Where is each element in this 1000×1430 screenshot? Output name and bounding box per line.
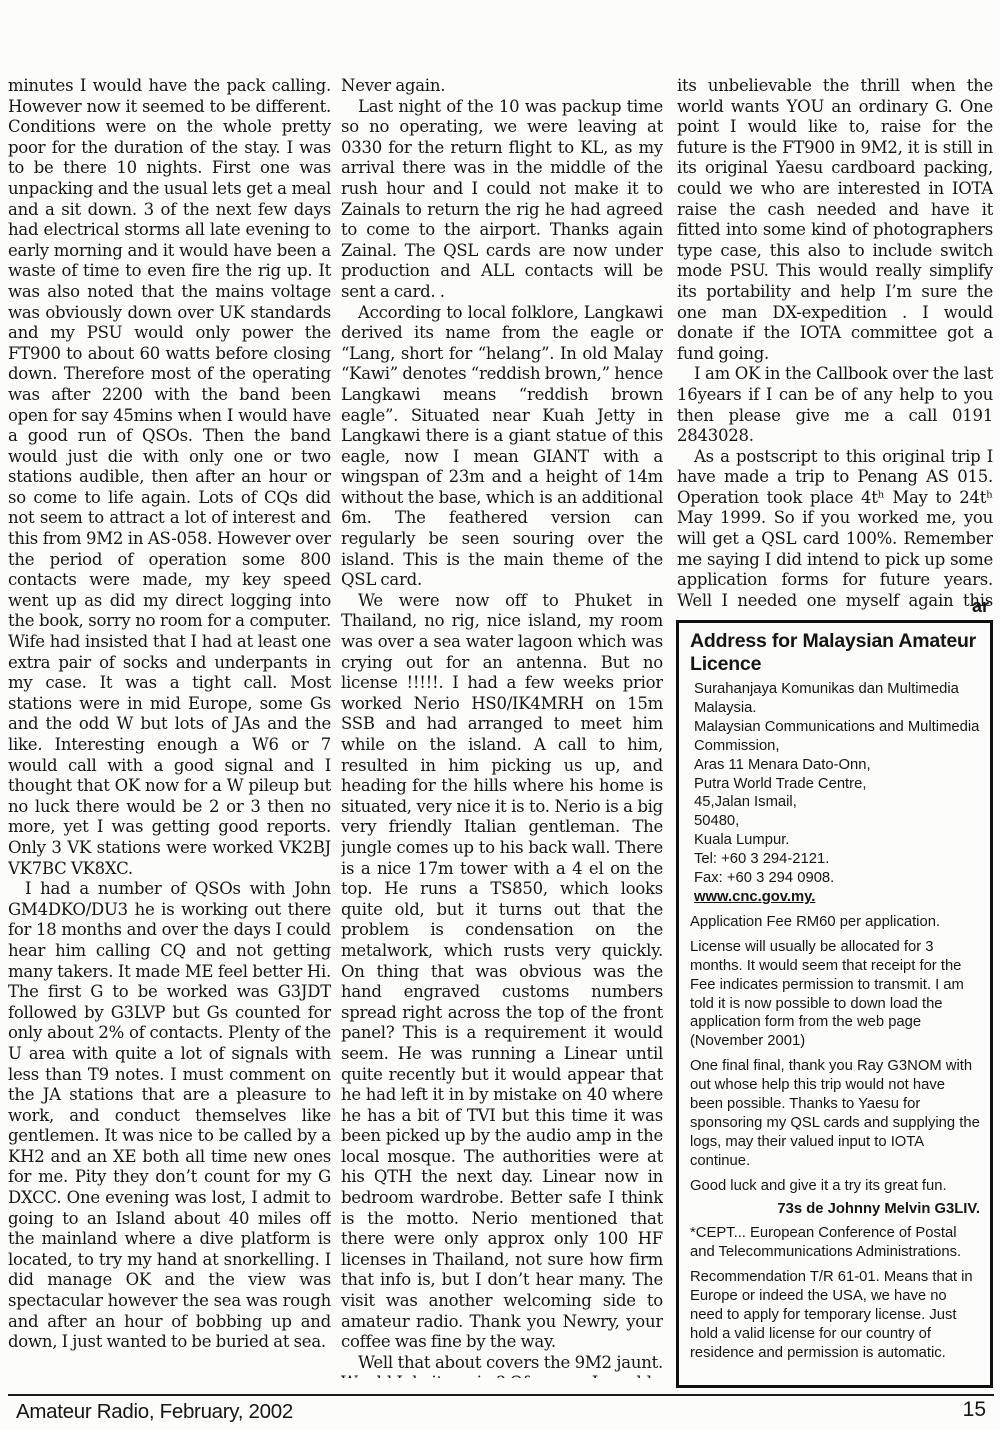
address-line: Malaysian Communications and Multimedia …	[690, 718, 980, 756]
magazine-page: minutes I would have the pack calling. H…	[0, 0, 1000, 1430]
address-line: Kuala Lumpur.	[690, 831, 980, 850]
article-column-1: minutes I would have the pack calling. H…	[8, 76, 331, 1378]
article-paragraph: We were now off to Phuket in Thailand, n…	[341, 591, 663, 1353]
author-signature: 73s de Johnny Melvin G3LIV.	[690, 1200, 980, 1219]
article-end-marker: ar	[677, 596, 989, 616]
page-number: 15	[963, 1398, 986, 1422]
article-paragraph: According to local folklore, Langkawi de…	[341, 303, 663, 591]
article-paragraph: minutes I would have the pack calling. H…	[8, 76, 331, 879]
address-line: Putra World Trade Centre,	[690, 775, 980, 794]
address-fax: Fax: +60 3 294 0908.	[690, 869, 980, 888]
address-line: 45,Jalan Ismail,	[690, 793, 980, 812]
article-paragraph: Well that about covers the 9M2 jaunt. Wo…	[341, 1353, 663, 1378]
article-paragraph: I had a number of QSOs with John GM4DKO/…	[8, 879, 331, 1353]
license-info-note: License will usually be allocated for 3 …	[690, 938, 980, 1051]
website-link: www.cnc.gov.my.	[690, 888, 980, 907]
article-paragraph: As a postscript to this original trip I …	[677, 447, 993, 612]
article-column-2: Never again. Last night of the 10 was pa…	[341, 76, 663, 1378]
recommendation-note: Recommendation T/R 61-01. Means that in …	[690, 1268, 980, 1363]
journal-title-footer: Amateur Radio, February, 2002	[16, 1400, 293, 1424]
article-column-3: its unbelievable the thrill when the wor…	[677, 76, 993, 612]
article-paragraph: I am OK in the Callbook over the last 16…	[677, 364, 993, 446]
address-line: 50480,	[690, 812, 980, 831]
box-title: Address for Malaysian Amateur Licence	[690, 630, 980, 676]
thanks-note: One final final, thank you Ray G3NOM wit…	[690, 1057, 980, 1170]
article-paragraph: its unbelievable the thrill when the wor…	[677, 76, 993, 364]
article-paragraph: Never again.	[341, 76, 663, 97]
article-paragraph: Last night of the 10 was packup time so …	[341, 97, 663, 303]
application-fee-note: Application Fee RM60 per application.	[690, 913, 980, 932]
address-phone: Tel: +60 3 294-2121.	[690, 850, 980, 869]
good-luck-note: Good luck and give it a try its great fu…	[690, 1177, 980, 1196]
address-line: Surahanjaya Komunikas dan Multimedia Mal…	[690, 680, 980, 718]
address-line: Aras 11 Menara Dato-Onn,	[690, 756, 980, 775]
malaysian-licence-address-box: Address for Malaysian Amateur Licence Su…	[676, 620, 993, 1388]
cept-footnote: *CEPT... European Conference of Postal a…	[690, 1224, 980, 1262]
footer-divider	[8, 1394, 994, 1396]
